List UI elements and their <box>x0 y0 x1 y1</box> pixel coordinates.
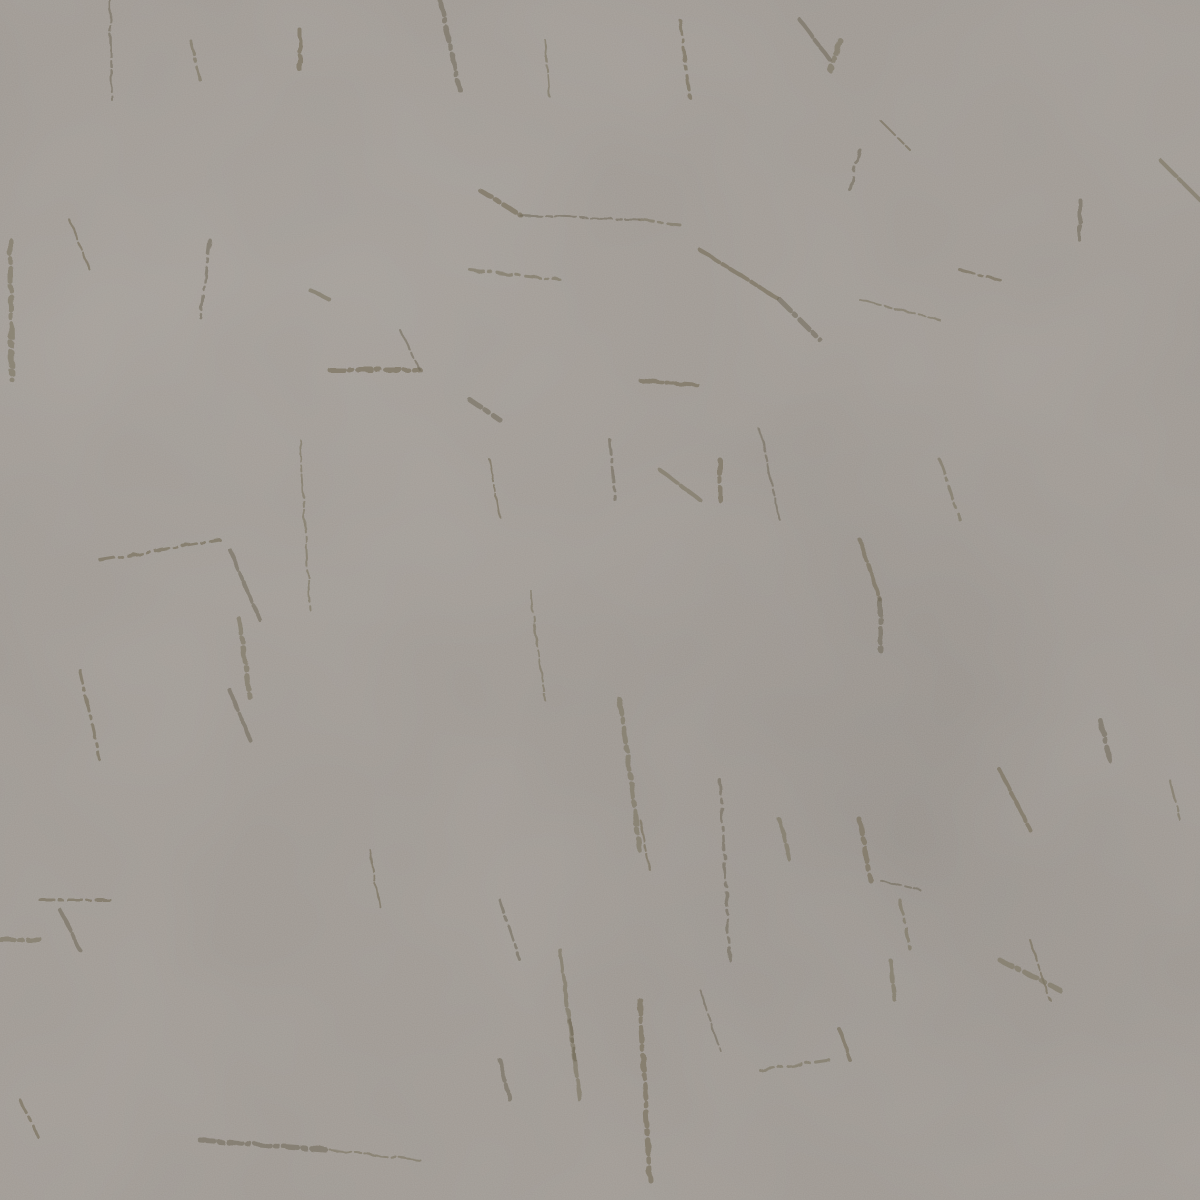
scratch-mark <box>700 990 720 1050</box>
scratch-mark <box>880 880 920 890</box>
scratch-mark <box>470 270 560 280</box>
scratch-mark <box>1170 780 1180 820</box>
scratch-mark <box>620 700 640 850</box>
scratch-mark <box>60 910 80 950</box>
scratch-mark <box>70 220 90 270</box>
scratch-mark <box>200 240 210 320</box>
scratch-mark <box>610 440 615 500</box>
scratch-mark <box>800 20 830 60</box>
scratch-mark <box>100 540 220 560</box>
scratch-mark <box>110 0 112 100</box>
scratch-mark <box>760 1060 830 1070</box>
scratch-mark <box>230 550 260 620</box>
scratch-mark <box>400 330 420 370</box>
scratch-mark <box>680 20 690 100</box>
scratch-mark <box>1000 960 1060 990</box>
scratch-mark <box>190 40 200 80</box>
scratch-mark <box>440 0 460 90</box>
scratch-mark <box>500 1060 510 1100</box>
scratch-mark <box>500 900 520 960</box>
scratch-mark <box>1000 770 1030 830</box>
scratch-mark <box>1160 160 1200 200</box>
scratch-mark <box>940 460 960 520</box>
scratch-mark <box>370 850 380 910</box>
scratch-mark <box>530 590 545 700</box>
scratch-mark <box>240 620 250 700</box>
scratch-mark <box>840 1030 850 1060</box>
scratch-mark <box>780 820 790 860</box>
scratch-mark <box>860 540 880 600</box>
scratch-mark <box>200 1140 330 1150</box>
scratch-mark <box>700 250 780 300</box>
scratch-marks-layer <box>0 0 1200 1200</box>
scratch-mark <box>520 215 640 220</box>
scratch-mark <box>720 780 730 960</box>
scratch-mark <box>490 460 500 520</box>
scratch-mark <box>850 150 860 190</box>
scratch-mark <box>230 690 250 740</box>
scratch-mark <box>20 1100 40 1140</box>
scratch-mark <box>1100 720 1110 760</box>
scratch-mark <box>860 820 870 880</box>
scratch-mark <box>890 960 895 1000</box>
scratch-mark <box>310 290 330 300</box>
scratch-mark <box>780 300 820 340</box>
scratch-mark <box>960 270 1000 280</box>
scratch-mark <box>480 190 520 215</box>
scratch-mark <box>300 440 310 610</box>
scratch-mark <box>900 900 910 950</box>
scratch-mark <box>10 240 12 380</box>
scratch-mark <box>830 40 840 70</box>
scratch-mark <box>880 120 910 150</box>
scratch-mark <box>545 40 550 100</box>
scratch-mark <box>760 430 780 520</box>
scratch-mark <box>860 300 940 320</box>
scratch-mark <box>640 1000 650 1180</box>
scratch-mark <box>330 1150 420 1160</box>
scratch-mark <box>1030 940 1050 1000</box>
scratch-mark <box>660 470 700 500</box>
textured-wall-surface <box>0 0 1200 1200</box>
scratch-mark <box>470 400 500 420</box>
scratch-mark <box>640 220 680 225</box>
scratch-mark <box>640 380 700 385</box>
scratch-mark <box>80 670 100 760</box>
